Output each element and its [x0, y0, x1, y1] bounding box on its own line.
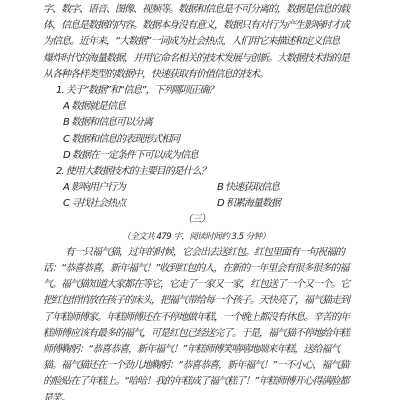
passage-line: 字、数字、语音、图像、视频等。数据和信息是不可分离的，数据是信息的载 — [43, 2, 349, 18]
question-2-option-a: A 影响用户行为 — [63, 180, 217, 196]
question-1-text: 1. 关于“数据”和“信息”，下列哪项正确？ — [43, 83, 349, 99]
story-line: 把红包悄悄放在孩子的床头，把福气带给每一个孩子。天快亮了，福气猫走到 — [43, 293, 349, 309]
question-1-option-d: D 数据在一定条件下可以成为信息 — [43, 148, 349, 164]
story-line: 话：“恭喜恭喜，新年福气！”收到红包的人，在新的一年里会有很多很多的福 — [43, 261, 349, 277]
passage-line: 从各种各样类型的数据中，快速获取有价值信息的技术。 — [43, 67, 349, 83]
story-line: 是笑。 — [43, 391, 349, 400]
question-2-option-c: C 寻找社会热点 — [63, 196, 217, 212]
question-1-option-a: A 数据就是信息 — [43, 99, 349, 115]
story-line: 糕师傅应该有最多的福气，可是红包已经送完了。于是，福气猫不停地给年糕 — [43, 326, 349, 342]
story-lucky-cat: 有一只福气猫，过年的时候，它会出去送红包。红包里面有一句祝福的 话：“恭喜恭喜，… — [43, 245, 349, 400]
section-3-reading-info: （全文共 479 字，阅读时间约 3.5 分钟） — [43, 229, 349, 245]
question-2: 2. 使用大数据技术的主要目的是什么？ A 影响用户行为B 快速获取信息 C 寻… — [43, 164, 349, 213]
story-line: 猫。福气猫还在一个劲儿地鞠躬：“恭喜恭喜，新年福气！”一不小心，福气猫 — [43, 358, 349, 374]
exam-page: 字、数字、语音、图像、视频等。数据和信息是不可分离的，数据是信息的载 体，信息是… — [0, 0, 400, 400]
passage-data-info: 字、数字、语音、图像、视频等。数据和信息是不可分离的，数据是信息的载 体，信息是… — [43, 2, 349, 83]
story-line: 有一只福气猫，过年的时候，它会出去送红包。红包里面有一句祝福的 — [43, 245, 349, 261]
story-line: 气。福气猫知道大家都在等它，它走了一家又一家，红包送了一个又一个。它 — [43, 277, 349, 293]
page-content: 字、数字、语音、图像、视频等。数据和信息是不可分离的，数据是信息的载 体，信息是… — [43, 2, 349, 400]
story-line: 的脸贴在了年糕上。“哈哈！我的年糕成了福气糕了！”年糕师傅开心得满脸都 — [43, 374, 349, 390]
question-1-option-c: C 数据和信息的表现形式相同 — [43, 132, 349, 148]
story-line: 了年糕师傅家。年糕师傅还在不停地做年糕，一个晚上都没有休息。辛苦的年 — [43, 310, 349, 326]
passage-line: 体，信息是数据的内容。数据本身没有意义，数据只有对行为产生影响时才成 — [43, 18, 349, 34]
passage-line: 为信息。近年来，“大数据”一词成为社会热点，人们用它来描述和定义信息 — [43, 34, 349, 50]
question-2-option-row: C 寻找社会热点D 积累海量数据 — [43, 196, 349, 212]
section-3-header: （三） — [43, 212, 349, 228]
question-2-option-d: D 积累海量数据 — [217, 198, 280, 209]
question-1-option-b: B 数据和信息可以分离 — [43, 115, 349, 131]
passage-line: 爆炸时代的海量数据，并用它命名相关的技术发展与创新。大数据技术指的是 — [43, 51, 349, 67]
question-2-option-b: B 快速获取信息 — [217, 182, 279, 193]
question-2-text: 2. 使用大数据技术的主要目的是什么？ — [43, 164, 349, 180]
question-1: 1. 关于“数据”和“信息”，下列哪项正确？ A 数据就是信息 B 数据和信息可… — [43, 83, 349, 164]
question-2-option-row: A 影响用户行为B 快速获取信息 — [43, 180, 349, 196]
story-line: 师傅鞠躬：“恭喜恭喜，新年福气！”年糕师傅笑嘻嘻地端来年糕，送给福气 — [43, 342, 349, 358]
